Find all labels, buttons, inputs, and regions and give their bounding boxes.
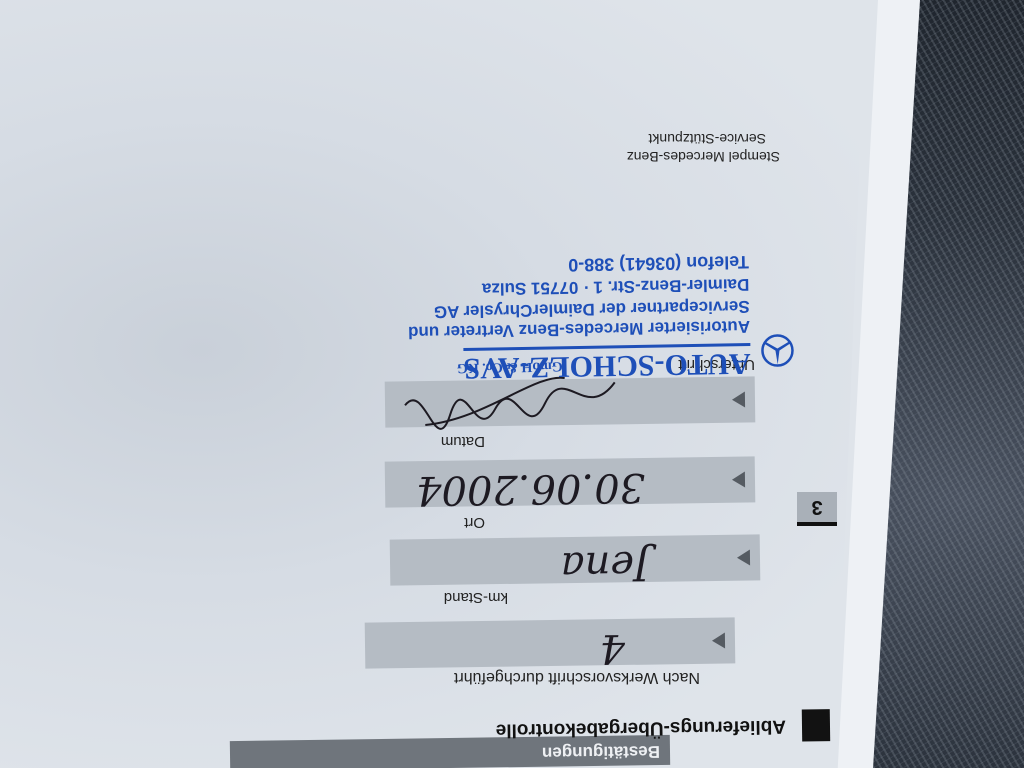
triangle-arrow-icon: [732, 472, 745, 488]
ort-field[interactable]: Jena: [390, 534, 761, 585]
km-stand-field[interactable]: 4: [365, 617, 736, 668]
unterschrift-field[interactable]: [385, 376, 756, 427]
form-subtitle: Nach Werksvorschrift durchgeführt: [454, 668, 700, 686]
datum-value: 30.06.2004: [416, 464, 646, 513]
km-stand-label: km-Stand: [444, 589, 508, 606]
section-number-badge: 3: [797, 492, 837, 526]
datum-field[interactable]: 30.06.2004: [385, 456, 756, 507]
stamp-caption-line: Stempel Mercedes-Benz: [627, 148, 780, 166]
stamp-legal-form: GmbH & Co. KG: [457, 357, 563, 375]
ort-label: Ort: [464, 514, 485, 531]
document-content-rotated: Bestätigungen Ablieferungs-Übergabekontr…: [0, 0, 860, 768]
triangle-arrow-icon: [712, 633, 725, 649]
ort-value: Jena: [560, 542, 650, 589]
document-page: Bestätigungen Ablieferungs-Übergabekontr…: [0, 0, 860, 768]
mercedes-star-icon: [760, 333, 795, 368]
km-stand-value: 4: [599, 625, 625, 671]
triangle-arrow-icon: [732, 392, 745, 408]
stamp-phone: Telefon (03641) 388-0: [568, 251, 749, 275]
stamp-caption: Stempel Mercedes-Benz Service-Stützpunkt: [627, 130, 780, 166]
datum-label: Datum: [441, 433, 485, 450]
stamp-address: Daimler-Benz-Str. 1 · 07751 Sulza: [482, 274, 750, 299]
stamp-caption-line: Service-Stützpunkt: [627, 130, 780, 148]
triangle-arrow-icon: [737, 550, 750, 566]
form-title: Ablieferungs-Übergabekontrolle: [410, 709, 830, 747]
